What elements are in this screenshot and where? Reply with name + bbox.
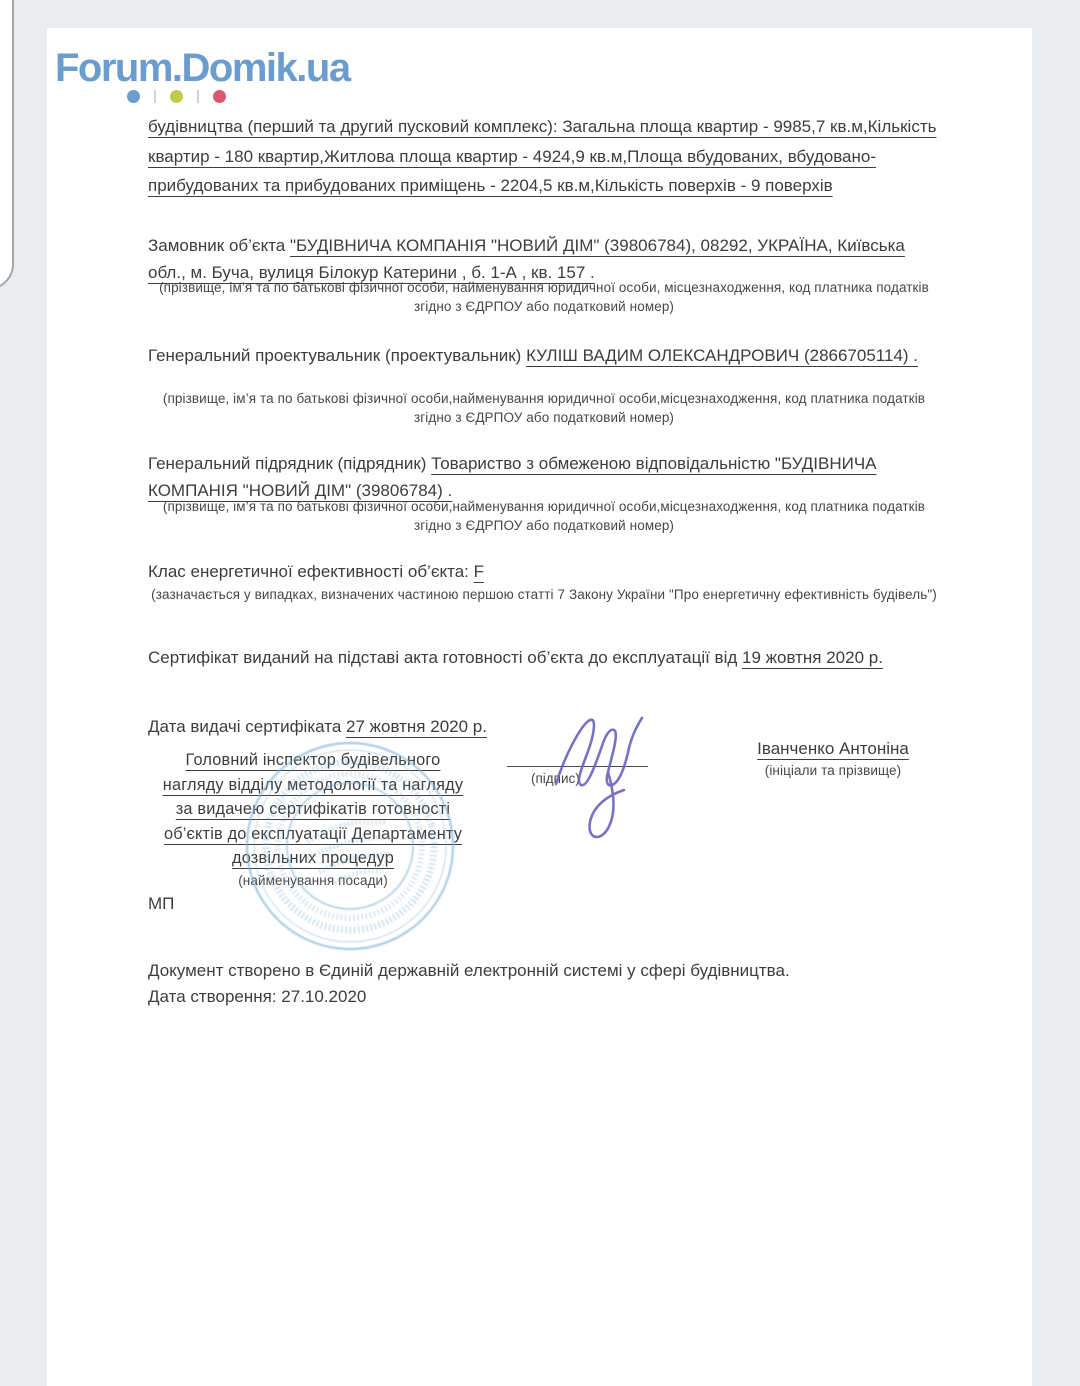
- page: Forum.Domik.ua будівництва (перший та др…: [0, 0, 1080, 1386]
- dot-separator: [154, 90, 156, 103]
- object-parameters: будівництва (перший та другий пусковий к…: [148, 112, 940, 201]
- footer-line1: Документ створено в Єдиній державній еле…: [148, 958, 968, 984]
- inspector-name-block: Іванченко Антоніна (ініціали та прізвище…: [713, 739, 953, 781]
- seal-place-label: МП: [148, 894, 174, 914]
- energy-class-value: F: [474, 562, 484, 581]
- pink-dot-icon: [213, 90, 226, 103]
- handwritten-signature: [542, 696, 662, 856]
- contractor-label: Генеральний підрядник (підрядник): [148, 454, 426, 473]
- document-scan: Forum.Domik.ua будівництва (перший та др…: [47, 28, 1032, 1386]
- green-dot-icon: [170, 90, 183, 103]
- designer-value: КУЛІШ ВАДИМ ОЛЕКСАНДРОВИЧ (2866705114) .: [526, 346, 918, 365]
- document-footer: Документ створено в Єдиній державній еле…: [148, 958, 968, 1009]
- designer-line: Генеральний проектувальник (проектувальн…: [148, 342, 940, 369]
- contractor-line: Генеральний підрядник (підрядник) Товари…: [148, 450, 940, 504]
- certificate-basis-line: Сертифікат виданий на підставі акта гото…: [148, 643, 940, 672]
- customer-line: Замовник об’єкта "БУДІВНИЧА КОМПАНІЯ "НО…: [148, 232, 940, 286]
- energy-class-line: Клас енергетичної ефективності об’єкта: …: [148, 558, 940, 585]
- customer-label: Замовник об’єкта: [148, 236, 285, 255]
- left-panel-edge: [0, 0, 14, 290]
- name-note: (ініціали та прізвище): [713, 762, 953, 781]
- designer-note: (прізвище, ім’я та по батькові фізичної …: [148, 390, 940, 427]
- issue-date-label: Дата видачі сертифіката: [148, 717, 341, 736]
- contractor-note: (прізвище, ім’я та по батькові фізичної …: [148, 498, 940, 535]
- logo-dots: [127, 90, 226, 103]
- customer-note: (прізвище, ім’я та по батькові фізичної …: [148, 279, 940, 316]
- energy-class-note: (зазначається у випадках, визначених час…: [148, 586, 940, 605]
- forum-domik-logo: Forum.Domik.ua: [55, 46, 350, 91]
- footer-line2: Дата створення: 27.10.2020: [148, 984, 968, 1010]
- energy-class-label: Клас енергетичної ефективності об’єкта:: [148, 562, 469, 581]
- dot-separator: [197, 90, 199, 103]
- blue-dot-icon: [127, 90, 140, 103]
- designer-label: Генеральний проектувальник (проектувальн…: [148, 346, 521, 365]
- certificate-basis-date: 19 жовтня 2020 р.: [742, 648, 883, 667]
- inspector-name: Іванченко Антоніна: [757, 739, 909, 758]
- certificate-basis-text: Сертифікат виданий на підставі акта гото…: [148, 648, 737, 667]
